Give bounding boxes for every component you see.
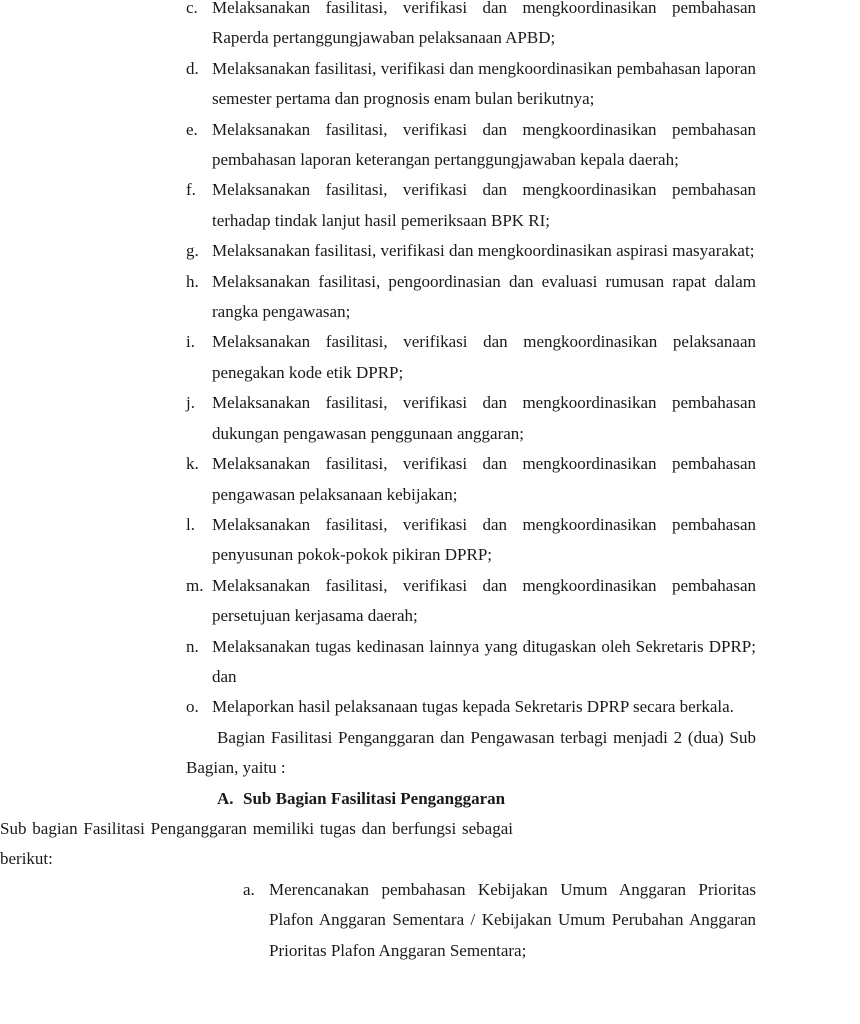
list-item-label: n. <box>186 632 212 662</box>
list-item: d.Melaksanakan fasilitasi, verifikasi da… <box>186 54 756 115</box>
list-item: g.Melaksanakan fasilitasi, verifikasi da… <box>186 236 756 266</box>
list-item: n.Melaksanakan tugas kedinasan lainnya y… <box>186 632 756 693</box>
sub-section-list: a.Merencanakan pembahasan Kebijakan Umum… <box>0 875 860 966</box>
list-item-label: h. <box>186 267 212 297</box>
list-item-text: Melaksanakan fasilitasi, verifikasi dan … <box>212 510 756 571</box>
sub-list-item-text: Merencanakan pembahasan Kebijakan Umum A… <box>269 875 756 966</box>
sub-list-item-label: a. <box>243 875 269 905</box>
list-item-label: d. <box>186 54 212 84</box>
sub-section-title: Sub Bagian Fasilitasi Penganggaran <box>243 784 757 814</box>
sub-section-intro: Sub bagian Fasilitasi Penganggaran memil… <box>0 814 513 875</box>
list-item-label: m. <box>186 571 212 601</box>
list-item: m.Melaksanakan fasilitasi, verifikasi da… <box>186 571 756 632</box>
list-item-text: Melaksanakan fasilitasi, verifikasi dan … <box>212 236 756 266</box>
sub-section-label: A. <box>217 784 243 814</box>
list-item-label: c. <box>186 0 212 23</box>
document-page: c.Melaksanakan fasilitasi, verifikasi da… <box>0 0 860 966</box>
list-item: i.Melaksanakan fasilitasi, verifikasi da… <box>186 327 756 388</box>
list-item-label: i. <box>186 327 212 357</box>
list-item-label: k. <box>186 449 212 479</box>
list-item: c.Melaksanakan fasilitasi, verifikasi da… <box>186 0 756 54</box>
list-item: h.Melaksanakan fasilitasi, pengoordinasi… <box>186 267 756 328</box>
list-item-text: Melaksanakan tugas kedinasan lainnya yan… <box>212 632 756 693</box>
sub-section-heading: A. Sub Bagian Fasilitasi Penganggaran <box>217 784 757 814</box>
section-paragraph: Bagian Fasilitasi Penganggaran dan Penga… <box>186 723 756 784</box>
list-item: k.Melaksanakan fasilitasi, verifikasi da… <box>186 449 756 510</box>
list-item-label: g. <box>186 236 212 266</box>
duties-list: c.Melaksanakan fasilitasi, verifikasi da… <box>0 0 860 723</box>
list-item: f.Melaksanakan fasilitasi, verifikasi da… <box>186 175 756 236</box>
list-item-label: l. <box>186 510 212 540</box>
list-item: e.Melaksanakan fasilitasi, verifikasi da… <box>186 115 756 176</box>
list-item-text: Melaksanakan fasilitasi, pengoordinasian… <box>212 267 756 328</box>
list-item-label: f. <box>186 175 212 205</box>
list-item-text: Melaksanakan fasilitasi, verifikasi dan … <box>212 388 756 449</box>
list-item-text: Melaksanakan fasilitasi, verifikasi dan … <box>212 54 756 115</box>
list-item-label: e. <box>186 115 212 145</box>
list-item: j.Melaksanakan fasilitasi, verifikasi da… <box>186 388 756 449</box>
list-item: o.Melaporkan hasil pelaksanaan tugas kep… <box>186 692 756 722</box>
list-item-text: Melaporkan hasil pelaksanaan tugas kepad… <box>212 692 756 722</box>
list-item: l.Melaksanakan fasilitasi, verifikasi da… <box>186 510 756 571</box>
list-item-text: Melaksanakan fasilitasi, verifikasi dan … <box>212 115 756 176</box>
list-item-label: o. <box>186 692 212 722</box>
list-item-text: Melaksanakan fasilitasi, verifikasi dan … <box>212 0 756 54</box>
list-item-label: j. <box>186 388 212 418</box>
list-item-text: Melaksanakan fasilitasi, verifikasi dan … <box>212 449 756 510</box>
list-item-text: Melaksanakan fasilitasi, verifikasi dan … <box>212 571 756 632</box>
list-item-text: Melaksanakan fasilitasi, verifikasi dan … <box>212 175 756 236</box>
list-item-text: Melaksanakan fasilitasi, verifikasi dan … <box>212 327 756 388</box>
sub-list-item: a.Merencanakan pembahasan Kebijakan Umum… <box>243 875 756 966</box>
